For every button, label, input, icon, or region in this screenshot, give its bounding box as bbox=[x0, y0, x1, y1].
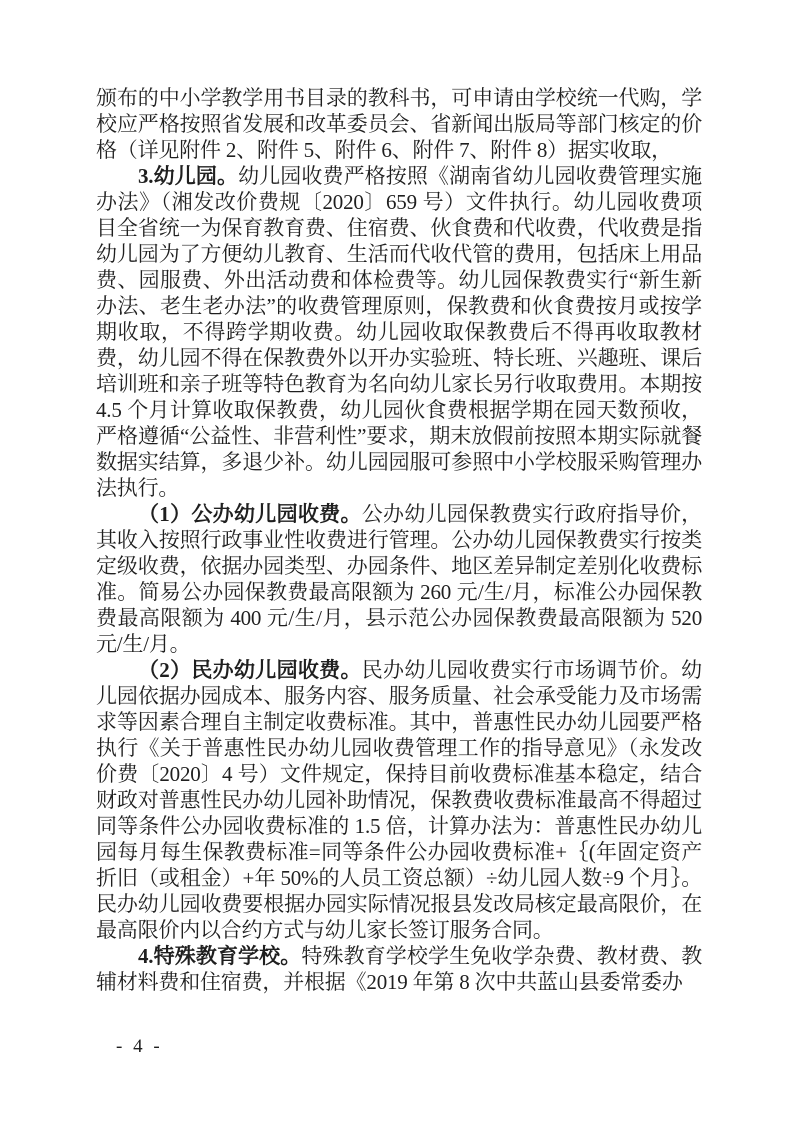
paragraph-special-education: 4.特殊教育学校。特殊教育学校学生免收学杂费、教材费、教辅材料费和住宿费，并根据… bbox=[96, 943, 702, 995]
paragraph-text: 幼儿园收费严格按照《湖南省幼儿园收费管理实施办法》（湘发改价费规〔2020〕65… bbox=[96, 164, 702, 500]
paragraph-lead: （2）民办幼儿园收费。 bbox=[138, 658, 362, 682]
paragraph-continuation: 颁布的中小学教学用书目录的教科书，可申请由学校统一代购，学校应严格按照省发展和改… bbox=[96, 85, 702, 163]
page-number: - 4 - bbox=[116, 1036, 163, 1058]
paragraph-private-kindergarten-fees: （2）民办幼儿园收费。民办幼儿园收费实行市场调节价。幼儿园依据办园成本、服务内容… bbox=[96, 657, 702, 943]
paragraph-lead: （1）公办幼儿园收费。 bbox=[138, 502, 362, 526]
paragraph-lead: 3.幼儿园。 bbox=[138, 164, 238, 188]
document-body: 颁布的中小学教学用书目录的教科书，可申请由学校统一代购，学校应严格按照省发展和改… bbox=[96, 85, 702, 995]
paragraph-kindergarten: 3.幼儿园。幼儿园收费严格按照《湖南省幼儿园收费管理实施办法》（湘发改价费规〔2… bbox=[96, 163, 702, 501]
paragraph-lead: 4.特殊教育学校。 bbox=[138, 944, 301, 968]
paragraph-text: 民办幼儿园收费实行市场调节价。幼儿园依据办园成本、服务内容、服务质量、社会承受能… bbox=[96, 658, 702, 942]
document-page: 颁布的中小学教学用书目录的教科书，可申请由学校统一代购，学校应严格按照省发展和改… bbox=[0, 0, 793, 1122]
paragraph-public-kindergarten-fees: （1）公办幼儿园收费。公办幼儿园保教费实行政府指导价，其收入按照行政事业性收费进… bbox=[96, 501, 702, 657]
paragraph-text: 颁布的中小学教学用书目录的教科书，可申请由学校统一代购，学校应严格按照省发展和改… bbox=[96, 86, 702, 162]
